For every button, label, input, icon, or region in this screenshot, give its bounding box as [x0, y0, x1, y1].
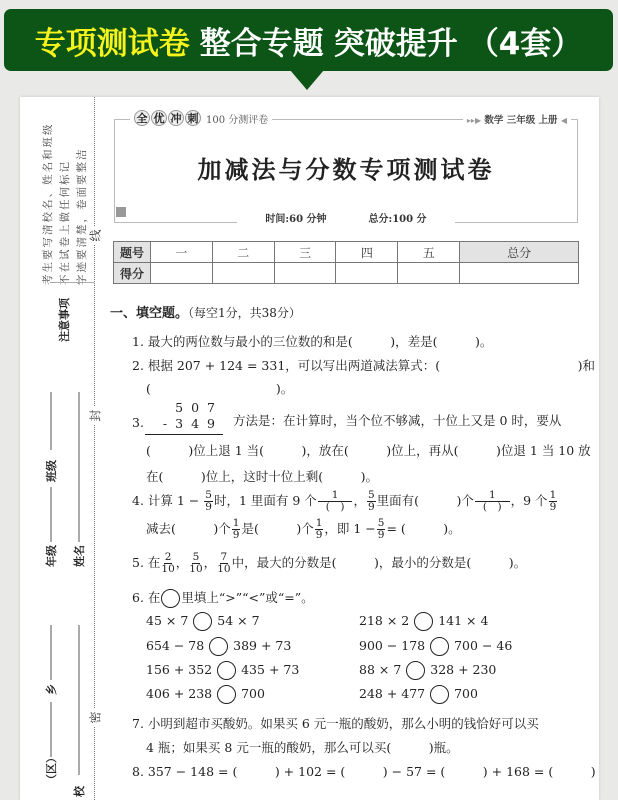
question-2-line-1: 2. 根据 207 + 124 = 331，可以写出两道减法算式：( )和 — [132, 356, 595, 374]
township-label: 乡 — [43, 684, 59, 695]
brand-char-2: 优 — [151, 110, 167, 126]
compare-right: 700 − 46 — [454, 638, 512, 653]
compare-left: 218 × 2 — [359, 613, 409, 628]
compare-answer-circle[interactable] — [430, 637, 449, 656]
compare-right: 141 × 4 — [438, 613, 488, 628]
question-1: 1. 最大的两位数与最小的三位数的和是( )，差是( )。 — [132, 332, 492, 350]
question-4-line-2: 减去( )个19是( )个19，即 1 −59= ( )。 — [146, 518, 461, 541]
school-field-line — [78, 625, 80, 775]
denominator: 10 — [189, 564, 202, 575]
time-limit: 时间:60 分钟 — [251, 214, 340, 225]
denominator: 10 — [217, 564, 230, 575]
brand-char-3: 冲 — [168, 110, 184, 126]
banner-highlight: 专项测试卷 — [35, 18, 190, 63]
compare-answer-circle[interactable] — [209, 637, 228, 656]
compare-left: 900 − 178 — [359, 638, 425, 653]
denominator: ( ) — [326, 502, 345, 513]
q4-text-l2b: 是( )个 — [241, 521, 313, 536]
compare-item: 406 + 238 700 — [146, 685, 265, 704]
fraction: 59 — [204, 490, 213, 513]
fraction: 19 — [549, 490, 558, 513]
q4-text-e: ，9 个 — [511, 493, 548, 508]
compare-right: 328 + 230 — [430, 662, 496, 677]
compare-left: 45 × 7 — [146, 613, 188, 628]
separator: ， — [176, 555, 189, 570]
score-cell-2[interactable] — [212, 263, 274, 284]
brand-char-4: 刺 — [185, 110, 201, 126]
col-2: 二 — [212, 242, 274, 263]
score-table: 题号 一 二 三 四 五 总分 得分 — [113, 241, 579, 284]
score-cell-4[interactable] — [336, 263, 398, 284]
fraction: 19 — [315, 518, 324, 541]
compare-right: 54 × 7 — [217, 613, 259, 628]
denominator: 9 — [316, 530, 323, 541]
denominator: 10 — [161, 564, 174, 575]
triple-arrow-right-icon: ▸▸▶ — [467, 115, 481, 125]
class-label: 班级 — [43, 460, 59, 482]
calc-subtrahend: -349 — [147, 416, 223, 432]
banner-pointer-icon — [290, 70, 324, 90]
q4-text-c: ， — [353, 493, 366, 508]
col-3: 三 — [274, 242, 336, 263]
binding-mark-line: 线 — [87, 227, 104, 245]
section-heading: 一、填空题。 — [110, 306, 188, 321]
binding-mark-secret: 密 — [87, 709, 104, 727]
compare-item: 900 − 178 700 − 46 — [359, 637, 512, 656]
q4-text-d: 里面有( )个 — [377, 493, 474, 508]
compare-left: 156 + 352 — [146, 662, 212, 677]
denominator: 9 — [550, 502, 557, 513]
fraction: 210 — [161, 552, 174, 575]
question-3-number: 3. — [132, 415, 144, 430]
compare-item: 248 + 477 700 — [359, 685, 478, 704]
compare-answer-circle[interactable] — [406, 661, 425, 680]
note-line-2: 不在试卷上做任何标记 — [57, 160, 72, 285]
compare-item: 218 × 2 141 × 4 — [359, 612, 488, 631]
question-2-line-2: ( )。 — [146, 379, 293, 397]
total-score: 总分:100 分 — [355, 214, 441, 225]
score-table-score-row: 得分 — [114, 263, 579, 284]
note-line-3: 字迹要清楚，卷面要整洁 — [74, 148, 89, 286]
compare-right: 700 — [241, 686, 265, 701]
q4-text-b: 时，1 里面有 9 个 — [214, 493, 317, 508]
binding-mark-seal: 封 — [87, 407, 104, 425]
score-cell-5[interactable] — [398, 263, 460, 284]
grade-info-text: 数学 三年级 上册 — [484, 115, 557, 126]
compare-answer-circle[interactable] — [217, 685, 236, 704]
denominator: 9 — [378, 530, 385, 541]
compare-answer-circle[interactable] — [217, 661, 236, 680]
question-8: 8. 357 − 148 = ( ) + 102 = ( ) − 57 = ( … — [132, 762, 596, 780]
fraction: 59 — [377, 518, 386, 541]
col-5: 五 — [398, 242, 460, 263]
question-7-line-2: 4 瓶；如果买 8 元一瓶的酸奶，那么可以买( )瓶。 — [146, 738, 459, 756]
brand-char-1: 全 — [134, 110, 150, 126]
note-line-1: 考生要写清校名、姓名和班级 — [40, 123, 55, 286]
col-4: 四 — [336, 242, 398, 263]
separator: ， — [204, 555, 217, 570]
banner-text-2: 整合专题 — [200, 18, 324, 63]
denominator: 9 — [233, 530, 240, 541]
col-1: 一 — [151, 242, 213, 263]
compare-item: 45 × 7 54 × 7 — [146, 612, 260, 631]
denominator: 9 — [205, 502, 212, 513]
township-field-line — [50, 625, 52, 680]
question-3-vertical-calc: 507 -349 — [147, 400, 223, 435]
notes-divider — [50, 282, 94, 283]
q5-text-a: 5. 在 — [132, 555, 160, 570]
q4-text-l2d: = ( )。 — [386, 521, 460, 536]
compare-left: 248 + 477 — [359, 686, 425, 701]
district-field-line — [50, 702, 52, 757]
question-5: 5. 在210，510，710中，最大的分数是( )，最小的分数是( )。 — [132, 552, 526, 575]
fraction: 510 — [189, 552, 202, 575]
calc-minuend: 507 — [147, 400, 223, 416]
fraction: 710 — [217, 552, 230, 575]
compare-left: 88 × 7 — [359, 662, 401, 677]
score-table-header-row: 题号 一 二 三 四 五 总分 — [114, 242, 579, 263]
score-cell-total[interactable] — [460, 263, 579, 284]
circle-icon — [161, 589, 180, 608]
q4-text-l2c: ，即 1 − — [324, 521, 375, 536]
fraction: 59 — [367, 490, 376, 513]
denominator: ( ) — [483, 502, 502, 513]
question-number-label: 题号 — [114, 242, 151, 263]
banner-text-3: 突破提升 — [334, 18, 458, 63]
class-field-line — [50, 392, 52, 450]
fraction: 1( ) — [318, 490, 353, 513]
score-cell-1[interactable] — [151, 263, 213, 284]
question-7-line-1: 7. 小明到超市买酸奶。如果买 6 元一瓶的酸奶，那么小明的钱恰好可以买 — [132, 714, 539, 732]
binding-dotted-line — [94, 97, 95, 800]
fraction: 1( ) — [475, 490, 510, 513]
score-label: 得分 — [114, 263, 151, 284]
q4-text-l2a: 减去( )个 — [146, 521, 231, 536]
fraction: 19 — [232, 518, 241, 541]
banner-text-4: （4套） — [468, 18, 583, 63]
time-and-score-info: 时间:60 分钟总分:100 分 — [114, 210, 578, 225]
q4-text-a: 4. 计算 1 − — [132, 493, 199, 508]
brand-logo: 全 优 冲 刺 100 分测评卷 — [130, 110, 272, 126]
compare-item: 156 + 352 435 + 73 — [146, 661, 299, 680]
compare-right: 389 + 73 — [233, 638, 291, 653]
compare-item: 654 − 78 389 + 73 — [146, 637, 291, 656]
compare-right: 435 + 73 — [241, 662, 299, 677]
grade-info: ▸▸▶ 数学 三年级 上册 ◀ — [463, 112, 571, 126]
notes-title: 注意事项 — [56, 298, 72, 342]
section-title: 一、填空题。（每空1分，共38分） — [110, 302, 301, 321]
question-3-line-1: 方法是：在计算时，当个位不够减，十位上又是 0 时，要从 — [233, 411, 561, 429]
q6-prefix: 6. 在 — [132, 590, 160, 605]
name-label: 姓名 — [71, 545, 87, 567]
section-note: （每空1分，共38分） — [188, 306, 301, 320]
compare-left: 406 + 238 — [146, 686, 212, 701]
q6-suffix: 里填上“>”“<”或“=”。 — [181, 590, 313, 605]
exam-page: 线 封 密 考生要写清校名、姓名和班级 不在试卷上做任何标记 字迹要清楚，卷面要… — [20, 97, 599, 800]
name-field-line — [78, 392, 80, 542]
compare-answer-circle[interactable] — [430, 685, 449, 704]
school-label: 校 — [71, 786, 87, 797]
col-total: 总分 — [460, 242, 579, 263]
q5-text-b: 中，最大的分数是( )，最小的分数是( )。 — [232, 555, 527, 570]
district-label: （区） — [43, 752, 59, 785]
compare-answer-circle[interactable] — [193, 612, 212, 631]
promo-banner: 专项测试卷 整合专题 突破提升 （4套） — [4, 9, 613, 71]
question-4-line-1: 4. 计算 1 − 59时，1 里面有 9 个1( )，59里面有( )个1( … — [132, 490, 558, 513]
brand-subtitle: 100 分测评卷 — [206, 111, 268, 126]
compare-left: 654 − 78 — [146, 638, 204, 653]
compare-right: 700 — [454, 686, 478, 701]
grade-field-line — [50, 487, 52, 542]
denominator: 9 — [368, 502, 375, 513]
score-cell-3[interactable] — [274, 263, 336, 284]
question-3-line-3: 在( )位上，这时十位上剩( )。 — [146, 467, 378, 485]
question-3-line-2: ( )位上退 1 当( )，放在( )位上，再从( )位退 1 当 10 放 — [146, 441, 591, 459]
compare-item: 88 × 7 328 + 230 — [359, 661, 496, 680]
arrow-left-icon: ◀ — [561, 115, 567, 125]
grade-label: 年级 — [43, 545, 59, 567]
compare-answer-circle[interactable] — [414, 612, 433, 631]
calc-underline — [145, 434, 223, 435]
page-title: 加减法与分数专项测试卷 — [114, 150, 578, 185]
question-6-instruction: 6. 在里填上“>”“<”或“=”。 — [132, 588, 314, 608]
